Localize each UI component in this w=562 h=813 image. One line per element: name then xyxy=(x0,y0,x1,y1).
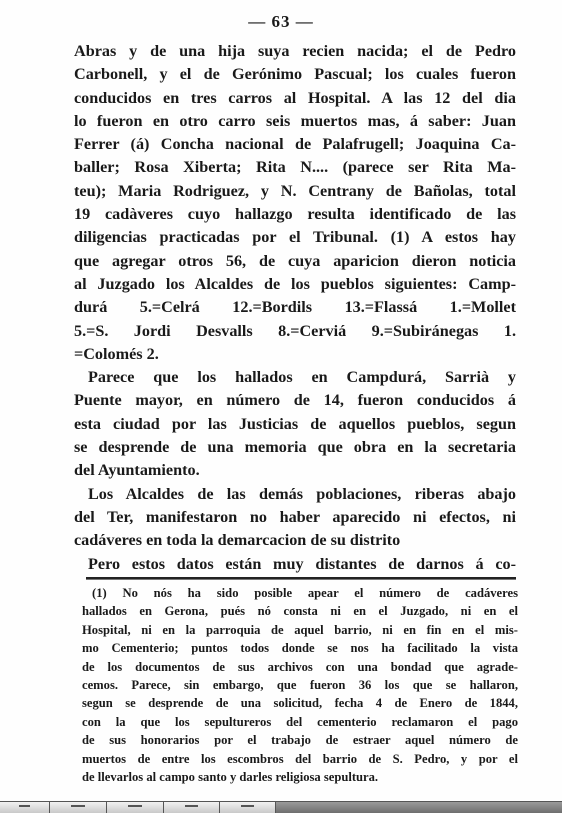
app-icon xyxy=(19,805,31,807)
taskbar-button-3[interactable] xyxy=(107,802,164,813)
body-line: que agregar otros 56, de cuya aparicion … xyxy=(74,250,516,273)
body-line: teu); Maria Rodriguez, y N. Centrany de … xyxy=(74,180,516,203)
body-text: Abras y de una hija suya recien nacida; … xyxy=(74,40,516,576)
body-line: Abras y de una hija suya recien nacida; … xyxy=(74,40,516,63)
body-line: esta ciudad por las Justicias de aquello… xyxy=(74,413,516,436)
footnote-line: de llevarlos al campo santo y darles rel… xyxy=(82,768,518,786)
body-line: del Ter, manifestaron no haber aparecido… xyxy=(74,506,516,529)
paragraph-start: Los Alcaldes de las demás poblaciones, r… xyxy=(74,483,516,506)
document-page: — 63 — Abras y de una hija suya recien n… xyxy=(0,0,562,801)
taskbar-empty-area xyxy=(276,802,562,813)
body-line: lo fueron en otro carro seis muertos mas… xyxy=(74,110,516,133)
app-icon xyxy=(128,805,141,807)
paragraph-start: Pero estos datos están muy distantes de … xyxy=(74,553,516,576)
body-line: durá 5.=Celrá 12.=Bordils 13.=Flassá 1.=… xyxy=(74,296,516,319)
app-icon xyxy=(71,805,84,807)
footnote-line: mo Cementerio; puntos todos donde se nos… xyxy=(82,639,518,657)
taskbar-button-1[interactable] xyxy=(0,802,50,813)
body-line: Carbonell, y el de Gerónimo Pascual; los… xyxy=(74,63,516,86)
body-line: 5.=S. Jordi Desvalls 8.=Cerviá 9.=Subirá… xyxy=(74,320,516,343)
body-line: al Juzgado los Alcaldes de los pueblos s… xyxy=(74,273,516,296)
footnote-divider xyxy=(86,577,516,580)
body-line: cadáveres en toda la demarcacion de su d… xyxy=(74,529,516,552)
app-icon xyxy=(241,805,254,807)
footnote: (1) No nós ha sido posible apear el núme… xyxy=(82,584,518,786)
body-line: Puente mayor, en número de 14, fueron co… xyxy=(74,389,516,412)
body-line: 19 cadàveres cuyo hallazgo resulta ident… xyxy=(74,203,516,226)
footnote-line: muertos de entre los escombros del barri… xyxy=(82,750,518,768)
body-line: =Colomés 2. xyxy=(74,343,516,366)
body-line: conducidos en tres carros al Hospital. A… xyxy=(74,87,516,110)
body-line: del Ayuntamiento. xyxy=(74,459,516,482)
body-line: diligencias practicadas por el Tribunal.… xyxy=(74,226,516,249)
taskbar-button-5[interactable] xyxy=(220,802,276,813)
taskbar-button-4[interactable] xyxy=(164,802,220,813)
body-line: se desprende de una memoria que obra en … xyxy=(74,436,516,459)
footnote-line: de sus honorarios por el trabajo de estr… xyxy=(82,731,518,749)
taskbar-button-2[interactable] xyxy=(50,802,107,813)
paragraph-start: Parece que los hallados en Campdurá, Sar… xyxy=(74,366,516,389)
body-line: baller; Rosa Xiberta; Rita N.... (parece… xyxy=(74,156,516,179)
app-icon xyxy=(185,805,198,807)
footnote-line: Hospital, ni en la parroquia de aquel ba… xyxy=(82,621,518,639)
footnote-line: segun se desprende de una solicitud, fec… xyxy=(82,694,518,712)
page-number: — 63 — xyxy=(0,12,562,32)
footnote-line: (1) No nós ha sido posible apear el núme… xyxy=(82,584,518,602)
taskbar xyxy=(0,801,562,813)
footnote-line: hallados en Gerona, pués nó consta ni en… xyxy=(82,602,518,620)
footnote-line: con la que los sepultureros del cementer… xyxy=(82,713,518,731)
footnote-line: de los documentos de sus archivos con un… xyxy=(82,658,518,676)
body-line: Ferrer (á) Concha nacional de Palafrugel… xyxy=(74,133,516,156)
footnote-line: cemos. Parece, sin embargo, que fueron 3… xyxy=(82,676,518,694)
